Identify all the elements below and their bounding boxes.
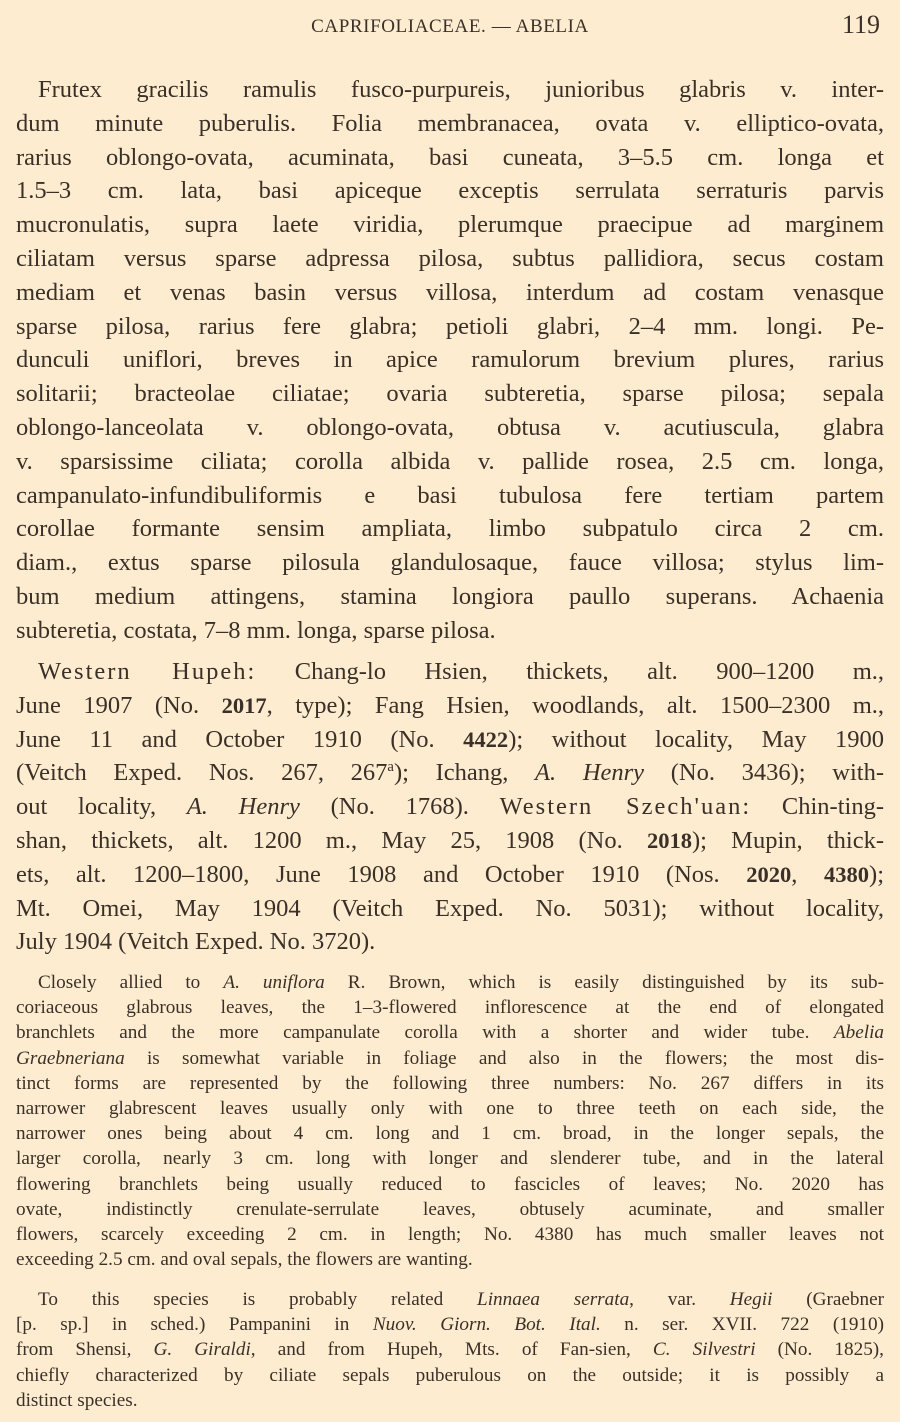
species-name: Graebneriana: [16, 1048, 125, 1069]
specimen-number: 4380: [824, 862, 869, 887]
journal-title: Nuov. Giorn. Bot. Ital.: [373, 1314, 601, 1335]
text-line: Mt. Omei, May 1904 (Veitch Exped. No. 50…: [16, 892, 884, 926]
page-number: 119: [842, 10, 880, 40]
text-line: sparse pilosa, rarius fere glabra; petio…: [16, 310, 884, 344]
text-line: chiefly characterized by ciliate sepals …: [16, 1363, 884, 1388]
text-line: Frutex gracilis ramulis fusco-purpureis,…: [16, 73, 884, 107]
latin-description: Frutex gracilis ramulis fusco-purpureis,…: [16, 73, 884, 648]
text-line: subteretia, costata, 7–8 mm. longa, spar…: [16, 614, 884, 648]
species-name: Abelia: [834, 1022, 884, 1043]
text-line: corollae formante sensim ampliata, limbo…: [16, 512, 884, 546]
text-line: (Veitch Exped. Nos. 267, 267a); Ichang, …: [16, 756, 884, 790]
text-line: narrower glabrescent leaves usually only…: [16, 1096, 884, 1121]
text-line: [p. sp.] in sched.) Pampanini in Nuov. G…: [16, 1312, 884, 1337]
text-line: v. sparsissime ciliata; corolla albida v…: [16, 445, 884, 479]
text-line: solitarii; bracteolae ciliatae; ovaria s…: [16, 377, 884, 411]
specimen-citations: Western Hupeh: Chang-lo Hsien, thickets,…: [16, 655, 884, 959]
text-line: shan, thickets, alt. 1200 m., May 25, 19…: [16, 824, 884, 858]
text-line: rarius oblongo-ovata, acuminata, basi cu…: [16, 141, 884, 175]
text-line: flowers, scarcely exceeding 2 cm. in len…: [16, 1222, 884, 1247]
text-line: branchlets and the more campanulate coro…: [16, 1020, 884, 1045]
text-line: flowering branchlets being usually reduc…: [16, 1172, 884, 1197]
text-line: ets, alt. 1200–1800, June 1908 and Octob…: [16, 858, 884, 892]
book-page: CAPRIFOLIACEAE. — ABELIA 119 Frutex grac…: [0, 0, 900, 1422]
text-line: ciliatam versus sparse adpressa pilosa, …: [16, 242, 884, 276]
text-line: ovate, indistinctly crenulate-serrulate …: [16, 1197, 884, 1222]
text-line: June 11 and October 1910 (No. 4422); wit…: [16, 723, 884, 757]
text-line: June 1907 (No. 2017, type); Fang Hsien, …: [16, 689, 884, 723]
text-line: Western Hupeh: Chang-lo Hsien, thickets,…: [16, 655, 884, 689]
region-name: Western Hupeh:: [38, 658, 256, 685]
collector-name: C. Silvestri: [653, 1339, 756, 1360]
text-line: Closely allied to A. uniflora R. Brown, …: [16, 970, 884, 995]
text-line: exceeding 2.5 cm. and oval sepals, the f…: [16, 1247, 884, 1272]
text-line: dum minute puberulis. Folia membranacea,…: [16, 107, 884, 141]
specimen-number: 4422: [463, 727, 508, 752]
text-line: To this species is probably related Linn…: [16, 1287, 884, 1312]
text-line: bum medium attingens, stamina longiora p…: [16, 580, 884, 614]
text-line: campanulato-infundibuliformis e basi tub…: [16, 479, 884, 513]
variety-name: Hegii: [730, 1289, 773, 1310]
specimen-number: 2020: [746, 862, 791, 887]
species-name: A. uniflora: [223, 972, 324, 993]
species-name: Linnaea serrata: [477, 1289, 629, 1310]
text-line: oblongo-lanceolata v. oblongo-ovata, obt…: [16, 411, 884, 445]
text-line: Graebneriana is somewhat variable in fol…: [16, 1046, 884, 1071]
running-head: CAPRIFOLIACEAE. — ABELIA: [0, 16, 900, 38]
text-line: diam., extus sparse pilosula glandulosaq…: [16, 546, 884, 580]
notes-paragraph-2: To this species is probably related Linn…: [16, 1287, 884, 1413]
page-header: CAPRIFOLIACEAE. — ABELIA 119: [0, 10, 900, 44]
text-line: mediam et venas basin versus villosa, in…: [16, 276, 884, 310]
collector-name: A. Henry: [187, 793, 300, 820]
text-line: 1.5–3 cm. lata, basi apiceque exceptis s…: [16, 174, 884, 208]
text-line: tinct forms are represented by the follo…: [16, 1071, 884, 1096]
text-line: mucronulatis, supra laete viridia, pleru…: [16, 208, 884, 242]
text-line: July 1904 (Veitch Exped. No. 3720).: [16, 925, 884, 959]
text-line: narrower ones being about 4 cm. long and…: [16, 1121, 884, 1146]
specimen-number: 2018: [647, 828, 692, 853]
collector-name: A. Henry: [535, 759, 644, 786]
text-line: distinct species.: [16, 1388, 884, 1413]
text-line: coriaceous glabrous leaves, the 1–3-flow…: [16, 995, 884, 1020]
notes-paragraph-1: Closely allied to A. uniflora R. Brown, …: [16, 970, 884, 1272]
collector-name: G. Giraldi: [154, 1339, 251, 1360]
region-name: Western Szech'uan:: [500, 793, 752, 820]
text-line: out locality, A. Henry (No. 1768). Weste…: [16, 790, 884, 824]
text-line: larger corolla, nearly 3 cm. long with l…: [16, 1146, 884, 1171]
text-line: dunculi uniflori, breves in apice ramulo…: [16, 343, 884, 377]
text-line: from Shensi, G. Giraldi, and from Hupeh,…: [16, 1337, 884, 1362]
specimen-number: 2017: [222, 693, 267, 718]
